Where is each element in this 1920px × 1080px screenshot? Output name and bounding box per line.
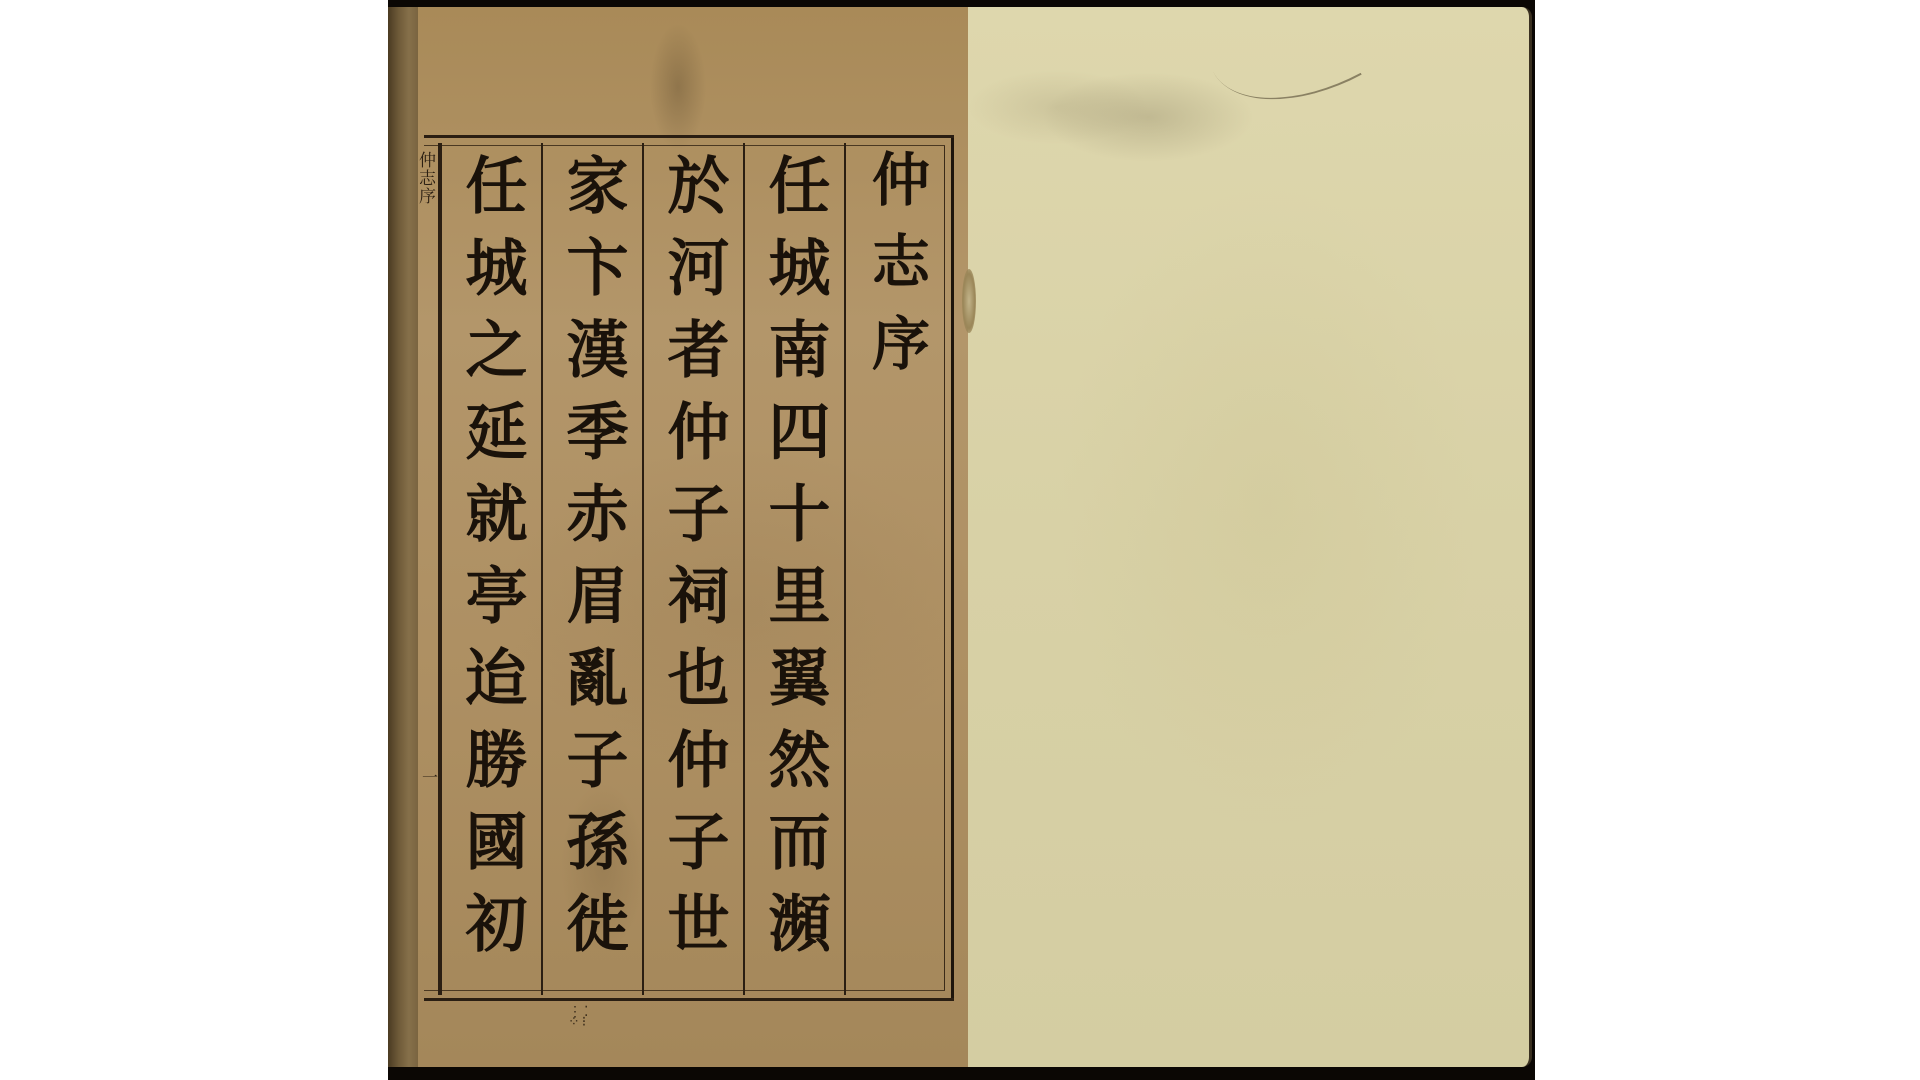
right-page-blank	[968, 7, 1532, 1067]
paper-crease-mark	[1213, 11, 1362, 136]
text-column-title: 仲志序	[844, 143, 945, 995]
center-fold-gutter: 仲志序 一	[418, 143, 440, 993]
ink-speckle-mark: ⋮⁚⁘⁝	[568, 1007, 598, 1047]
column-text: 任城南四十里翼然而瀕	[744, 143, 845, 995]
book-scan: 仲志序 一 仲志序 任城南四十里翼然而瀕 於河者仲子祠也仲子世 家卞漢季赤眉亂子…	[388, 0, 1535, 1080]
gutter-page-number: 一	[422, 765, 438, 788]
text-column: 於河者仲子祠也仲子世	[642, 143, 743, 995]
text-column: 任城南四十里翼然而瀕	[743, 143, 844, 995]
frame-outer-right-line	[951, 138, 954, 998]
column-text: 於河者仲子祠也仲子世	[643, 143, 744, 995]
text-column: 家卞漢季赤眉亂子孫徙	[541, 143, 642, 995]
gutter-title: 仲志序	[420, 151, 438, 205]
column-text: 任城之延就亭迨勝國初	[441, 143, 542, 995]
column-text: 仲志序	[845, 143, 946, 995]
binding-thread-tab	[962, 269, 976, 333]
text-columns: 仲志序 任城南四十里翼然而瀕 於河者仲子祠也仲子世 家卞漢季赤眉亂子孫徙 任城之…	[440, 143, 945, 995]
column-text: 家卞漢季赤眉亂子孫徙	[542, 143, 643, 995]
left-page: 仲志序 一 仲志序 任城南四十里翼然而瀕 於河者仲子祠也仲子世 家卞漢季赤眉亂子…	[388, 7, 968, 1067]
text-column: 任城之延就亭迨勝國初	[440, 143, 541, 995]
